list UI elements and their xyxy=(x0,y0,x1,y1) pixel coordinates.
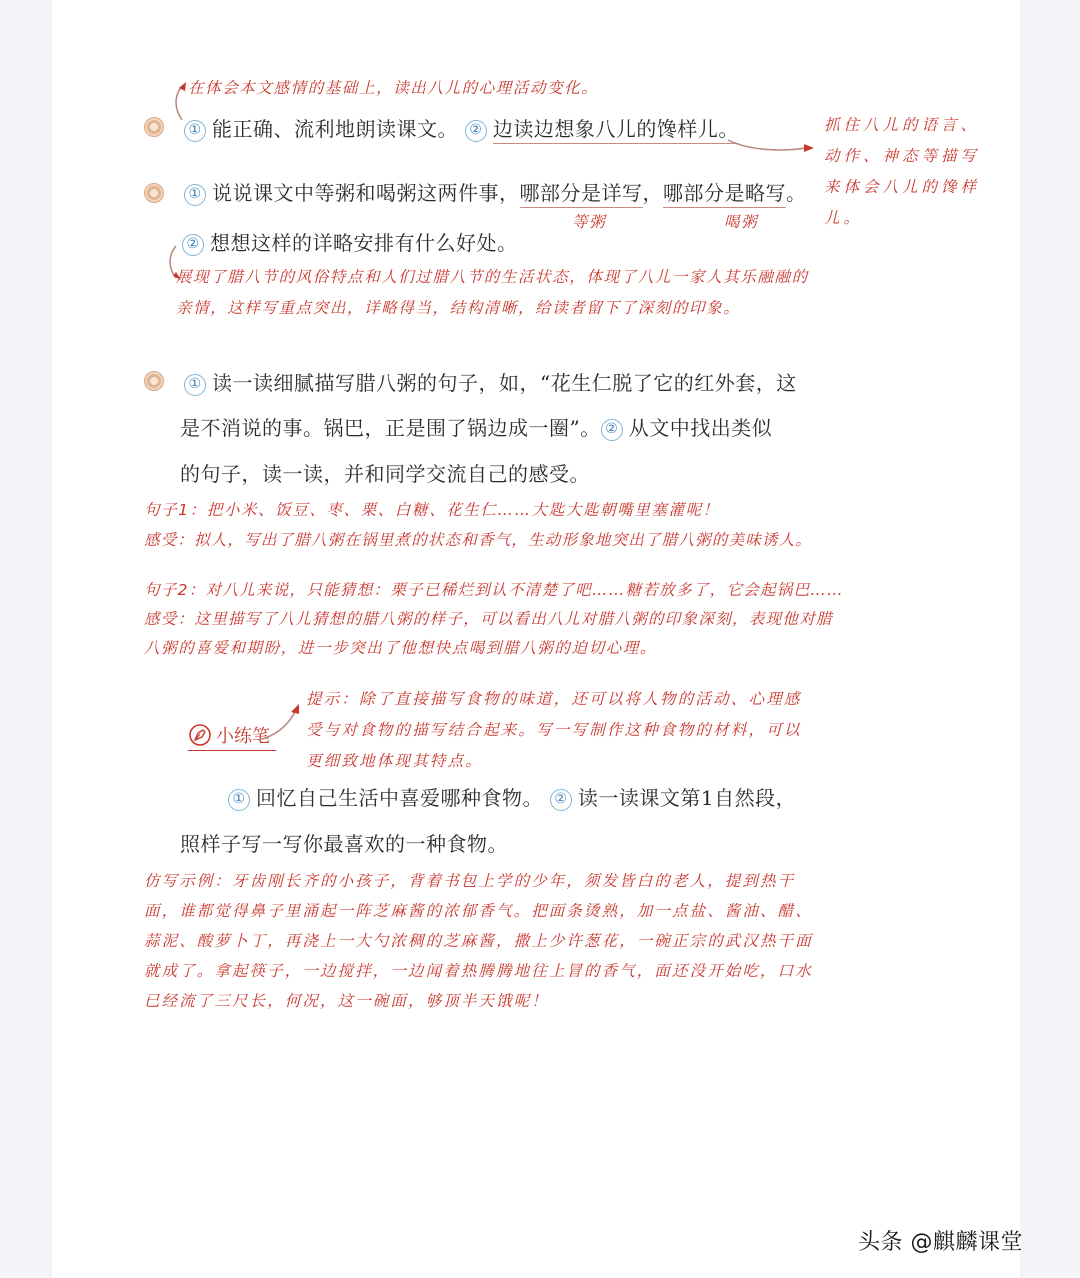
underlined-detail: 哪部分是详写 xyxy=(520,181,643,208)
sentence-1: 句子1：把小米、饭豆、枣、栗、白糖、花生仁……大匙大匙朝嘴里塞灌呢！ xyxy=(144,498,720,520)
feeling-2-line2: 八粥的喜爱和期盼，进一步突出了他想快点喝到腊八粥的迫切心理。 xyxy=(144,636,657,658)
feeling-2-line1: 感受：这里描写了八儿猜想的腊八粥的样子，可以看出八儿对腊八粥的印象深刻，表现他对… xyxy=(144,607,833,629)
exercise-1: ①能正确、流利地朗读课文。 ②边读边想象八儿的馋样儿。 xyxy=(184,113,739,142)
flower-bullet-icon xyxy=(144,117,164,137)
sample-writing: 仿写示例：牙齿刚长齐的小孩子，背着书包上学的少年，须发皆白的老人，提到热干面，谁… xyxy=(144,866,816,1016)
detail-answer: 等粥 xyxy=(572,210,606,232)
exercise-2-line2: ②想想这样的详略安排有什么好处。 xyxy=(182,227,518,256)
top-annotation: 在体会本文感情的基础上，读出八儿的心理活动变化。 xyxy=(188,76,598,98)
exercise-3-line2: 是不消说的事。锅巴，正是围了锅边成一圈”。②从文中找出类似 xyxy=(180,412,772,441)
underlined-phrase: 边读边想象八儿的馋样儿。 xyxy=(493,117,739,144)
brief-answer: 喝粥 xyxy=(724,210,758,232)
exercise-3-line3: 的句子，读一读，并和同学交流自己的感受。 xyxy=(180,458,590,487)
practice-line1: ①回忆自己生活中喜爱哪种食物。 ②读一读课文第1自然段， xyxy=(228,782,796,811)
side-annotation: 抓住八儿的语言、动作、神态等描写来体会八儿的馋样儿。 xyxy=(824,110,984,234)
sentence-2: 句子2：对八儿来说，只能猜想：栗子已稀烂到认不清楚了吧……糖若放多了，它会起锅巴… xyxy=(144,578,844,600)
exercise-3-line1: ①读一读细腻描写腊八粥的句子，如，“花生仁脱了它的红外套，这 xyxy=(184,367,797,396)
watermark: 头条 @麒麟课堂 xyxy=(858,1225,1023,1256)
underlined-brief: 哪部分是略写 xyxy=(663,181,786,208)
flower-bullet-icon xyxy=(144,183,164,203)
feeling-1: 感受：拟人，写出了腊八粥在锅里煮的状态和香气，生动形象地突出了腊八粥的美味诱人。 xyxy=(144,528,812,550)
pen-icon xyxy=(188,723,212,747)
practice-line2: 照样子写一写你最喜欢的一种食物。 xyxy=(180,828,508,857)
exercise-2-line1: ①说说课文中等粥和喝粥这两件事，哪部分是详写，哪部分是略写。 xyxy=(184,177,807,206)
textbook-page: 在体会本文感情的基础上，读出八儿的心理活动变化。 ①能正确、流利地朗读课文。 ②… xyxy=(52,0,1020,1278)
flower-bullet-icon xyxy=(144,371,164,391)
hint-annotation: 提示：除了直接描写食物的味道，还可以将人物的活动、心理感受与对食物的描写结合起来… xyxy=(306,684,816,777)
arrow-icon xyxy=(258,704,304,744)
benefit-annotation: 展现了腊八节的风俗特点和人们过腊八节的生活状态，体现了八儿一家人其乐融融的亲情，… xyxy=(176,262,816,324)
arrow-right-icon xyxy=(728,138,818,158)
